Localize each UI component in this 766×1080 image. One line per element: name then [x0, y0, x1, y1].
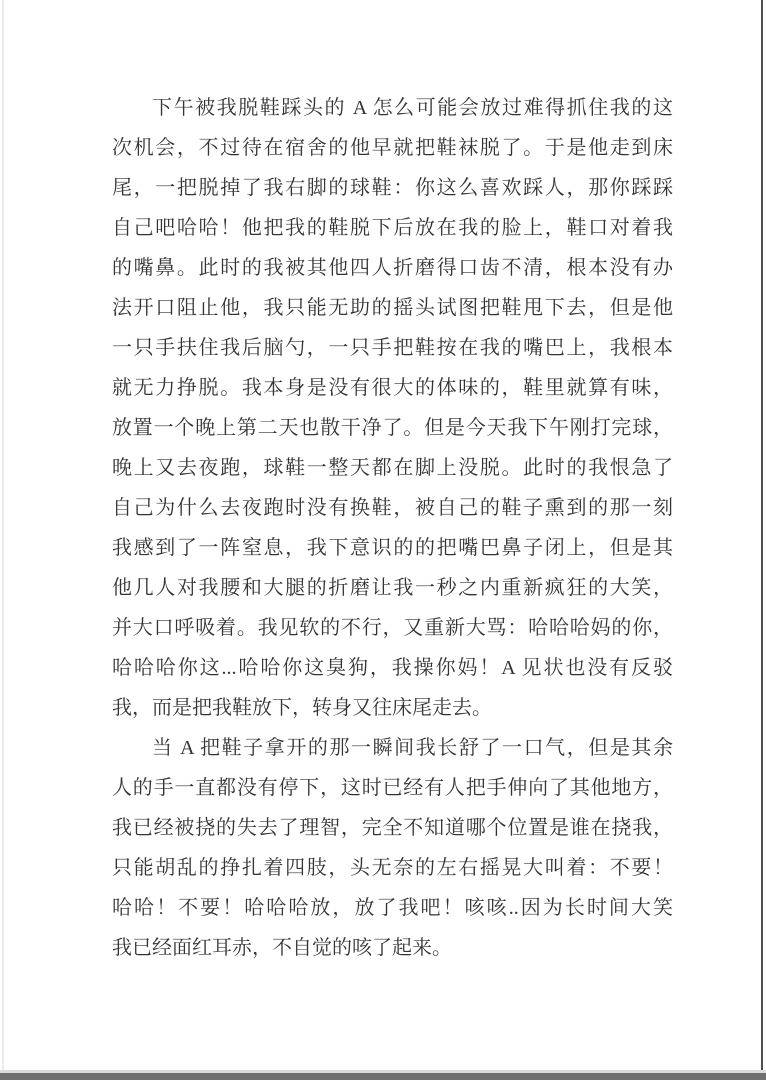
text-line: 并大口呼吸着。我见软的不行，又重新大骂：哈哈哈妈的你，: [112, 608, 673, 648]
text-line: 放置一个晚上第二天也散干净了。但是今天我下午刚打完球，: [112, 408, 673, 448]
text-line: 我感到了一阵窒息，我下意识的的把嘴巴鼻子闭上，但是其: [112, 528, 673, 568]
text-line: 人的手一直都没有停下，这时已经有人把手伸向了其他地方，: [112, 768, 673, 808]
text-line: 就无力挣脱。我本身是没有很大的体味的，鞋里就算有味，: [112, 368, 673, 408]
text-line: 哈哈哈你这...哈哈你这臭狗，我操你妈！A 见状也没有反驳: [112, 648, 673, 688]
text-line: 尾，一把脱掉了我右脚的球鞋：你这么喜欢踩人，那你踩踩: [112, 168, 673, 208]
text-line: 我已经被挠的失去了理智，完全不知道哪个位置是谁在挠我，: [112, 808, 673, 848]
text-line: 当 A 把鞋子拿开的那一瞬间我长舒了一口气，但是其余: [112, 728, 673, 768]
document-page: 下午被我脱鞋踩头的 A 怎么可能会放过难得抓住我的这次机会，不过待在宿舍的他早就…: [0, 0, 766, 1080]
page-bottom-edge-dark: [0, 1073, 766, 1080]
text-line: 晚上又去夜跑，球鞋一整天都在脚上没脱。此时的我恨急了: [112, 448, 673, 488]
text-line: 法开口阻止他，我只能无助的摇头试图把鞋甩下去，但是他: [112, 288, 673, 328]
page-right-edge: [761, 0, 763, 1073]
text-line: 一只手扶住我后脑勺，一只手把鞋按在我的嘴巴上，我根本: [112, 328, 673, 368]
text-line: 自己为什么去夜跑时没有换鞋，被自己的鞋子熏到的那一刻: [112, 488, 673, 528]
document-text: 下午被我脱鞋踩头的 A 怎么可能会放过难得抓住我的这次机会，不过待在宿舍的他早就…: [112, 88, 673, 968]
text-line: 只能胡乱的挣扎着四肢，头无奈的左右摇晃大叫着：不要！: [112, 848, 673, 888]
text-line: 下午被我脱鞋踩头的 A 怎么可能会放过难得抓住我的这: [112, 88, 673, 128]
page-left-edge: [2, 0, 4, 1074]
text-line: 的嘴鼻。此时的我被其他四人折磨得口齿不清，根本没有办: [112, 248, 673, 288]
text-line: 次机会，不过待在宿舍的他早就把鞋袜脱了。于是他走到床: [112, 128, 673, 168]
text-line: 我，而是把我鞋放下，转身又往床尾走去。: [112, 688, 673, 728]
text-line: 他几人对我腰和大腿的折磨让我一秒之内重新疯狂的大笑，: [112, 568, 673, 608]
text-line: 哈哈！不要！哈哈哈放，放了我吧！咳咳..因为长时间大笑: [112, 888, 673, 928]
text-line: 我已经面红耳赤，不自觉的咳了起来。: [112, 928, 673, 968]
text-line: 自己吧哈哈！他把我的鞋脱下后放在我的脸上，鞋口对着我: [112, 208, 673, 248]
